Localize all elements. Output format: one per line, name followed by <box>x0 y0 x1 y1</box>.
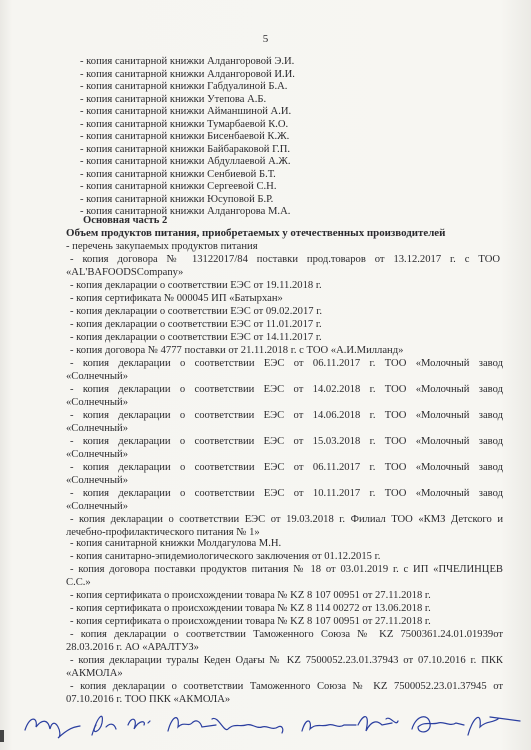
doc-line: - перечень закупаемых продуктов питания <box>66 240 258 253</box>
declaration-line: - копия декларации о соответствии ЕЭС от… <box>70 409 503 422</box>
sanitary-book-item: - копия санитарной книжки Абдуллаевой А.… <box>80 155 291 168</box>
sanitary-book-item: - копия санитарной книжки Алдангоровой И… <box>80 68 295 81</box>
doc-line: - копия сертификата № 000045 ИП «Батырха… <box>70 292 283 305</box>
sanitary-book-item: - копия санитарной книжки Юсуповой Б.Р. <box>80 193 273 206</box>
declaration-line: - копия декларации о соответствии ЕЭС от… <box>70 383 503 396</box>
page-number: 5 <box>0 33 531 45</box>
doc-line: - копия сертификата о происхождении това… <box>70 615 431 628</box>
sanitary-book-item: - копия санитарной книжки Байбараковой Г… <box>80 143 290 156</box>
sanitary-book-item: - копия санитарной книжки Сергеевой С.Н. <box>80 180 277 193</box>
declaration-line: - копия декларации о соответствии ЕЭС от… <box>70 487 503 500</box>
doc-line: - копия декларации туралы Кеден Одағы № … <box>70 654 503 667</box>
sanitary-book-item: - копия санитарной книжки Тумарбаевой К.… <box>80 118 288 131</box>
declaration-line: - копия декларации о соответствии ЕЭС от… <box>70 357 503 370</box>
doc-line: С.С.» <box>66 576 91 589</box>
sanitary-book-item: - копия санитарной книжки Алдангоровой Э… <box>80 55 294 68</box>
declaration-line-cont: «Солнечный» <box>66 422 128 435</box>
doc-line: - копия договора поставки продуктов пита… <box>70 563 503 576</box>
declaration-line-cont: «Солнечный» <box>66 370 128 383</box>
doc-line: - копия декларации о соответствии ЕЭС от… <box>70 279 322 292</box>
doc-line: - копия договора № 13122017/84 поставки … <box>70 253 500 266</box>
section-heading: Основная часть 2 <box>83 214 167 227</box>
declaration-line-cont: «Солнечный» <box>66 448 128 461</box>
doc-line: «AL'BAFOODSCompany» <box>66 266 183 279</box>
doc-line: - копия санитарно-эпидемиологического за… <box>70 550 380 563</box>
doc-line: - копия санитарной книжки Молдагулова М.… <box>70 537 281 550</box>
sanitary-book-item: - копия санитарной книжки Бисенбаевой К.… <box>80 130 289 143</box>
doc-line: - копия договора № 4777 поставки от 21.1… <box>70 344 403 357</box>
declaration-line: - копия декларации о соответствии ЕЭС от… <box>70 435 503 448</box>
sanitary-book-item: - копия санитарной книжки Габдуалиной Б.… <box>80 80 287 93</box>
handwritten-signatures <box>20 705 525 745</box>
scan-edge-mark <box>0 730 4 742</box>
doc-line: - копия сертификата о происхождении това… <box>70 589 431 602</box>
declaration-line-cont: «Солнечный» <box>66 396 128 409</box>
doc-line: «АКМОЛА» <box>66 667 123 680</box>
doc-line: - копия декларации о соответствии Таможе… <box>70 628 503 641</box>
doc-line: - копия декларации о соответствии ЕЭС от… <box>70 305 322 318</box>
declaration-line: - копия декларации о соответствии ЕЭС от… <box>70 461 503 474</box>
sanitary-book-item: - копия санитарной книжки Утепова А.Б. <box>80 93 266 106</box>
section-subheading: Объем продуктов питания, приобретаемых у… <box>66 227 445 240</box>
doc-line: - копия декларации о соответствии Таможе… <box>70 680 503 693</box>
doc-line: - копия сертификата о происхождении това… <box>70 602 431 615</box>
sanitary-book-item: - копия санитарной книжки Сенбиевой Б.Т. <box>80 168 276 181</box>
declaration-line: - копия декларации о соответствии ЕЭС от… <box>70 513 503 526</box>
doc-line: 28.03.2016 г. АО «АРАЛТУЗ» <box>66 641 199 654</box>
doc-line: - копия декларации о соответствии ЕЭС от… <box>70 318 322 331</box>
doc-line: - копия декларации о соответствии ЕЭС от… <box>70 331 322 344</box>
declaration-line-cont: «Солнечный» <box>66 474 128 487</box>
sanitary-book-item: - копия санитарной книжки Айманшиной А.И… <box>80 105 291 118</box>
document-page: 5 - копия санитарной книжки Алдангоровой… <box>0 0 531 750</box>
declaration-line-cont: «Солнечный» <box>66 500 128 513</box>
